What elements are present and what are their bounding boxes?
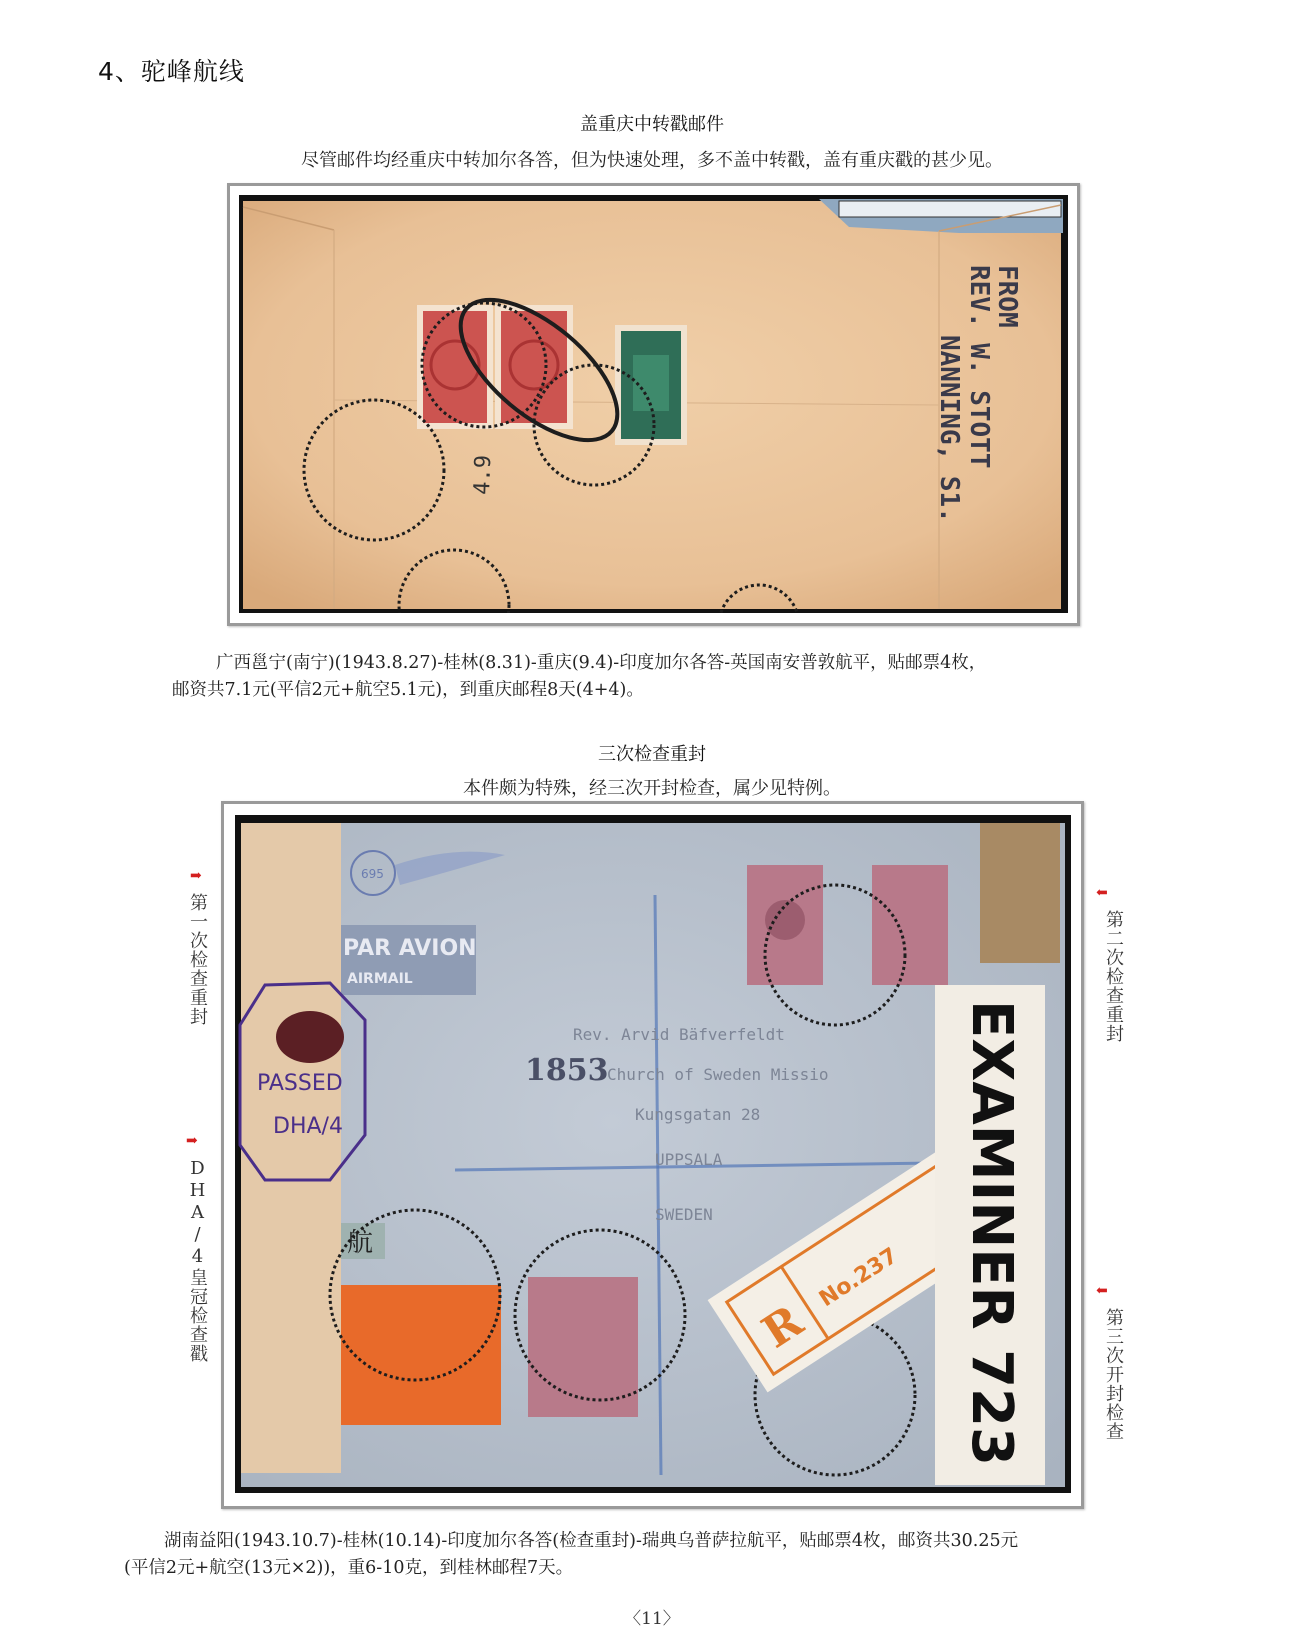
arrow-left-icon: ⬅ bbox=[1096, 885, 1108, 901]
item2-description: 本件颇为特殊，经三次开封检查，属少见特例。 bbox=[0, 774, 1304, 800]
item2-photo-frame: 695 PAR AVION AIRMAIL PASSED DHA/4 1853 … bbox=[221, 801, 1084, 1509]
svg-text:AIRMAIL: AIRMAIL bbox=[347, 971, 413, 987]
first-censor-strip bbox=[241, 823, 341, 1473]
svg-text:1853: 1853 bbox=[525, 1053, 609, 1088]
item1-caption-line1: 广西邕宁(南宁)(1943.8.27)-桂林(8.31)-重庆(9.4)-印度加… bbox=[172, 650, 1172, 677]
envelope-front-illustration: 695 PAR AVION AIRMAIL PASSED DHA/4 1853 … bbox=[235, 815, 1071, 1493]
page-number: 〈11〉 bbox=[0, 1604, 1304, 1629]
section-heading: 4、驼峰航线 bbox=[98, 52, 245, 88]
arrow-right-icon: ➡ bbox=[186, 1133, 198, 1149]
svg-text:PAR AVION: PAR AVION bbox=[343, 936, 477, 961]
second-censor-strip bbox=[980, 823, 1060, 963]
annotation-first-censor: 第一次检查重封 bbox=[184, 893, 210, 1026]
svg-text:航: 航 bbox=[347, 1228, 373, 1258]
svg-text:FROM: FROM bbox=[992, 265, 1022, 328]
svg-text:REV. W. STOTT: REV. W. STOTT bbox=[964, 265, 994, 469]
svg-text:EXAMINER 723: EXAMINER 723 bbox=[959, 1000, 1024, 1466]
svg-text:UPPSALA: UPPSALA bbox=[655, 1150, 723, 1169]
item1-envelope-photo: 4.9 FROM REV. W. STOTT NANNING, S1. bbox=[239, 195, 1068, 613]
svg-text:Rev. Arvid Bäfverfeldt: Rev. Arvid Bäfverfeldt bbox=[573, 1025, 785, 1044]
svg-text:Church of Sweden Missio: Church of Sweden Missio bbox=[607, 1065, 829, 1084]
arrow-left-icon: ⬅ bbox=[1096, 1283, 1108, 1299]
green-stamp bbox=[615, 325, 687, 445]
svg-text:NANNING, S1.: NANNING, S1. bbox=[934, 335, 964, 523]
annotation-third-censor: 第三次开封检查 bbox=[1100, 1308, 1126, 1441]
item1-caption-line2: 邮资共7.1元(平信2元+航空5.1元)，到重庆邮程8天(4+4)。 bbox=[172, 677, 1172, 704]
item2-title: 三次检查重封 bbox=[0, 740, 1304, 766]
svg-text:4.9: 4.9 bbox=[470, 455, 496, 496]
item2-caption-line2: (平信2元+航空(13元×2))，重6-10克，到桂林邮程7天。 bbox=[124, 1555, 1204, 1582]
svg-text:DHA/4: DHA/4 bbox=[273, 1114, 343, 1139]
item2-envelope-photo: 695 PAR AVION AIRMAIL PASSED DHA/4 1853 … bbox=[235, 815, 1071, 1493]
svg-text:695: 695 bbox=[361, 867, 384, 881]
annotation-crown-stamp: DHA/4皇冠检查戳 bbox=[184, 1158, 210, 1363]
svg-text:SWEDEN: SWEDEN bbox=[655, 1205, 713, 1224]
item1-description: 尽管邮件均经重庆中转加尔各答，但为快速处理，多不盖中转戳，盖有重庆戳的甚少见。 bbox=[0, 146, 1304, 172]
item1-caption-2: 邮资共7.1元(平信2元+航空5.1元)，到重庆邮程8天(4+4)。 bbox=[172, 677, 1172, 704]
item2-caption-line1: 湖南益阳(1943.10.7)-桂林(10.14)-印度加尔各答(检查重封)-瑞… bbox=[128, 1528, 1208, 1555]
item2-caption-2: (平信2元+航空(13元×2))，重6-10克，到桂林邮程7天。 bbox=[124, 1555, 1204, 1582]
item2-caption: 湖南益阳(1943.10.7)-桂林(10.14)-印度加尔各答(检查重封)-瑞… bbox=[128, 1528, 1208, 1555]
arrow-right-icon: ➡ bbox=[190, 868, 202, 884]
svg-text:PASSED: PASSED bbox=[257, 1071, 343, 1096]
item1-photo-frame: 4.9 FROM REV. W. STOTT NANNING, S1. bbox=[227, 183, 1080, 626]
annotation-second-censor: 第二次检查重封 bbox=[1100, 910, 1126, 1043]
item1-title: 盖重庆中转戳邮件 bbox=[0, 110, 1304, 136]
item1-caption: 广西邕宁(南宁)(1943.8.27)-桂林(8.31)-重庆(9.4)-印度加… bbox=[172, 650, 1172, 677]
envelope-back-illustration: 4.9 FROM REV. W. STOTT NANNING, S1. bbox=[239, 195, 1068, 613]
svg-text:Kungsgatan 28: Kungsgatan 28 bbox=[635, 1105, 760, 1124]
